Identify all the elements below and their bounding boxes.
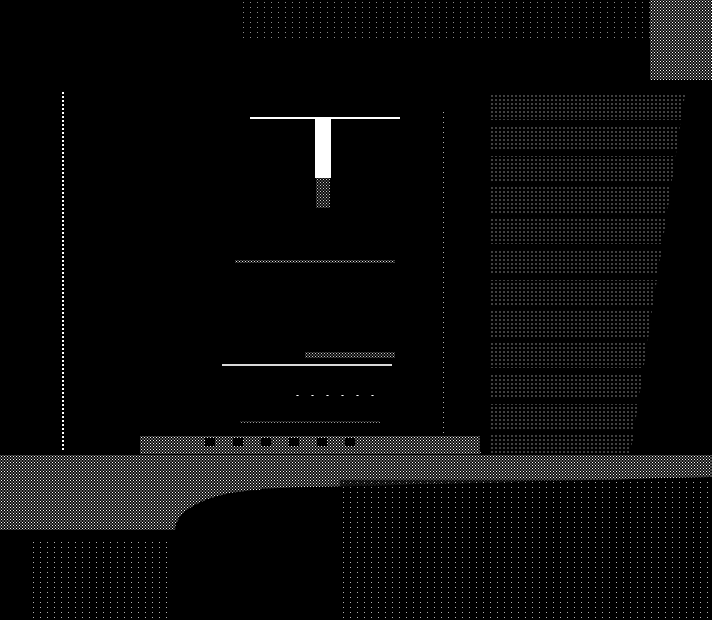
screen-bottom-rule xyxy=(240,421,380,423)
screen-dot-row xyxy=(290,394,380,397)
screen-cursor-trail xyxy=(316,178,330,208)
screen-divider-lower xyxy=(222,364,392,366)
desk-left-lower xyxy=(30,540,170,620)
monitor-base-notches xyxy=(205,438,365,446)
screen-cursor-block xyxy=(315,118,331,178)
background-wall-corner xyxy=(650,0,712,80)
background-wall xyxy=(240,0,660,40)
monitor-screen xyxy=(75,112,435,432)
desk-right-area xyxy=(340,480,712,620)
slatted-panel-slats xyxy=(490,94,685,454)
monitor-right-edge xyxy=(440,110,446,440)
photo-scene xyxy=(0,0,712,620)
desk-shadow xyxy=(175,490,335,620)
screen-text-blur xyxy=(305,352,395,358)
screen-divider xyxy=(235,260,395,263)
